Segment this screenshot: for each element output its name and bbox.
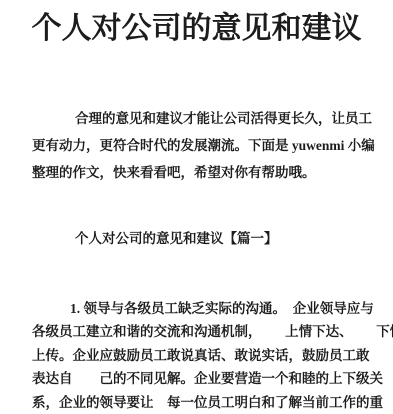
intro-line-3: 整理的作文，快来看看吧，希望对你有帮助哦。 [32, 159, 384, 186]
body-line-1: 1. 领导与各级员工缺乏实际的沟通。 企业领导应与 [32, 297, 390, 320]
section-heading: 个人对公司的意见和建议【篇一】 [75, 229, 278, 248]
intro-line-1: 合理的意见和建议才能让公司活得更长久，让员工 [32, 105, 384, 132]
body-line-3: 上传。企业应鼓励员工敢说真话、敢说实话，鼓励员工敢 [32, 344, 390, 367]
intro-line-2: 更有动力，更符合时代的发展潮流。下面是 yuwenmi 小编 [32, 132, 384, 159]
body-paragraph: 1. 领导与各级员工缺乏实际的沟通。 企业领导应与 各级员工建立和谐的交流和沟通… [32, 297, 390, 414]
document-page: 个人对公司的意见和建议 合理的意见和建议才能让公司活得更长久，让员工 更有动力，… [0, 0, 393, 414]
body-line-2: 各级员工建立和谐的交流和沟通机制， 上情下达、 下情 [32, 320, 390, 343]
body-line-5: 系，企业的领导要让 每一位员工明白和了解当前工作的重 [32, 391, 390, 414]
body-line-4: 表达自 己的不同见解。企业要营造一个和睦的上下级关 [32, 367, 390, 390]
document-title: 个人对公司的意见和建议 [0, 9, 393, 49]
intro-paragraph: 合理的意见和建议才能让公司活得更长久，让员工 更有动力，更符合时代的发展潮流。下… [32, 105, 384, 186]
